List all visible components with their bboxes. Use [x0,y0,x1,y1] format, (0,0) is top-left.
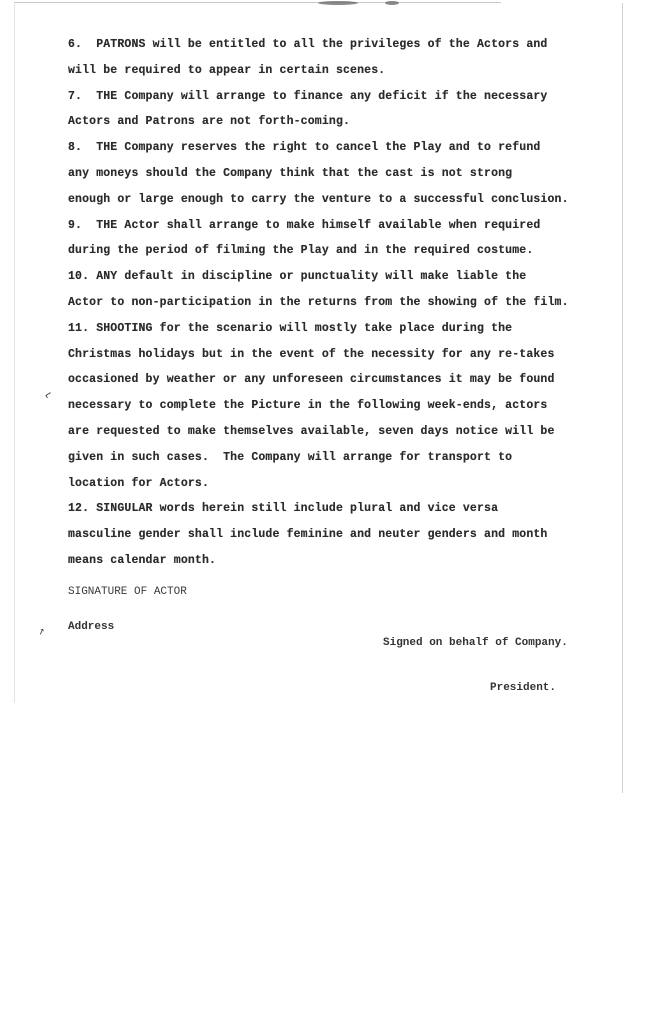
clause-12-line-1: 12. SINGULAR words herein still include … [68,496,608,522]
clause-8-line-2: any moneys should the Company think that… [68,161,608,187]
clause-11-line-5: are requested to make themselves availab… [68,419,608,445]
signed-on-behalf-label: Signed on behalf of Company. [383,637,568,649]
president-label: President. [490,682,556,694]
top-smudge [318,1,358,5]
contract-clauses: 6. PATRONS will be entitled to all the p… [68,32,608,574]
clause-9-line-1: 9. THE Actor shall arrange to make himse… [68,213,608,239]
top-smudge [385,1,399,5]
page-right-edge [622,3,623,793]
clause-9-line-2: during the period of filming the Play an… [68,238,608,264]
clause-10-line-1: 10. ANY default in discipline or punctua… [68,264,608,290]
address-label: Address [68,621,114,633]
clause-11-line-2: Christmas holidays but in the event of t… [68,342,608,368]
clause-11-line-4: necessary to complete the Picture in the… [68,393,608,419]
clause-8-line-3: enough or large enough to carry the vent… [68,187,608,213]
clause-8-line-1: 8. THE Company reserves the right to can… [68,135,608,161]
page-top-edge [14,2,501,3]
clause-11-line-7: location for Actors. [68,471,608,497]
signature-of-actor-label: SIGNATURE OF ACTOR [68,586,187,598]
clause-6-line-1: 6. PATRONS will be entitled to all the p… [68,32,608,58]
clause-7-line-2: Actors and Patrons are not forth-coming. [68,109,608,135]
clause-11-line-6: given in such cases. The Company will ar… [68,445,608,471]
clause-7-line-1: 7. THE Company will arrange to finance a… [68,84,608,110]
clause-11-line-3: occasioned by weather or any unforeseen … [68,367,608,393]
margin-tick-icon: ⌐ [42,387,55,403]
clause-12-line-3: means calendar month. [68,548,608,574]
page-left-edge [14,3,15,703]
address-arrow-icon: ↗ [36,623,47,638]
clause-11-line-1: 11. SHOOTING for the scenario will mostl… [68,316,608,342]
clause-10-line-2: Actor to non-participation in the return… [68,290,608,316]
clause-12-line-2: masculine gender shall include feminine … [68,522,608,548]
clause-6-line-2: will be required to appear in certain sc… [68,58,608,84]
